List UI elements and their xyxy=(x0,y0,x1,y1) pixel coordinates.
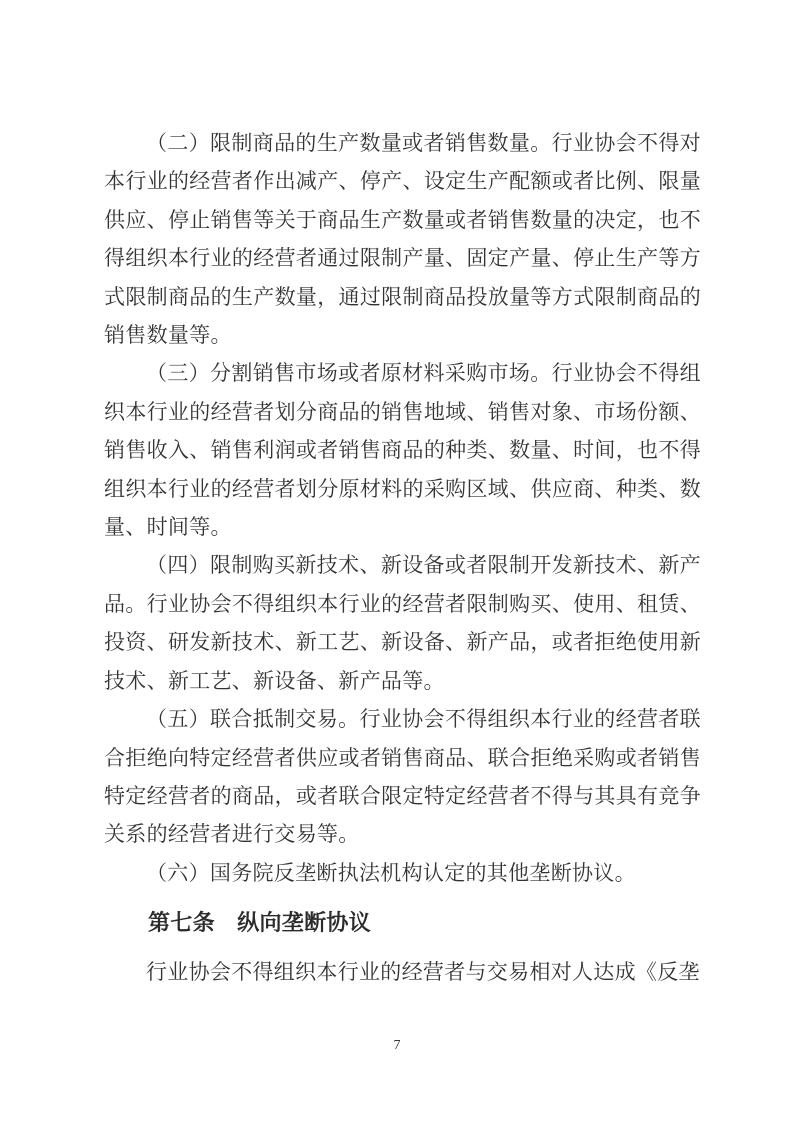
page-footer: 7 xyxy=(0,1036,794,1054)
paragraph-clause-4: （四）限制购买新技术、新设备或者限制开发新技术、新产品。行业协会不得组织本行业的… xyxy=(104,546,701,700)
paragraph-clause-2: （二）限制商品的生产数量或者销售数量。行业协会不得对本行业的经营者作出减产、停产… xyxy=(104,124,701,354)
document-body: （二）限制商品的生产数量或者销售数量。行业协会不得对本行业的经营者作出减产、停产… xyxy=(104,124,701,992)
paragraph-clause-3: （三）分割销售市场或者原材料采购市场。行业协会不得组织本行业的经营者划分商品的销… xyxy=(104,354,701,546)
paragraph-clause-6: （六）国务院反垄断执法机构认定的其他垄断协议。 xyxy=(104,854,701,892)
article-7-heading: 第七条 纵向垄断协议 xyxy=(104,904,701,942)
document-page: （二）限制商品的生产数量或者销售数量。行业协会不得对本行业的经营者作出减产、停产… xyxy=(0,0,794,1123)
paragraph-clause-5: （五）联合抵制交易。行业协会不得组织本行业的经营者联合拒绝向特定经营者供应或者销… xyxy=(104,700,701,854)
page-number: 7 xyxy=(394,1038,401,1053)
paragraph-article-7-body: 行业协会不得组织本行业的经营者与交易相对人达成《反垄 xyxy=(104,953,701,991)
